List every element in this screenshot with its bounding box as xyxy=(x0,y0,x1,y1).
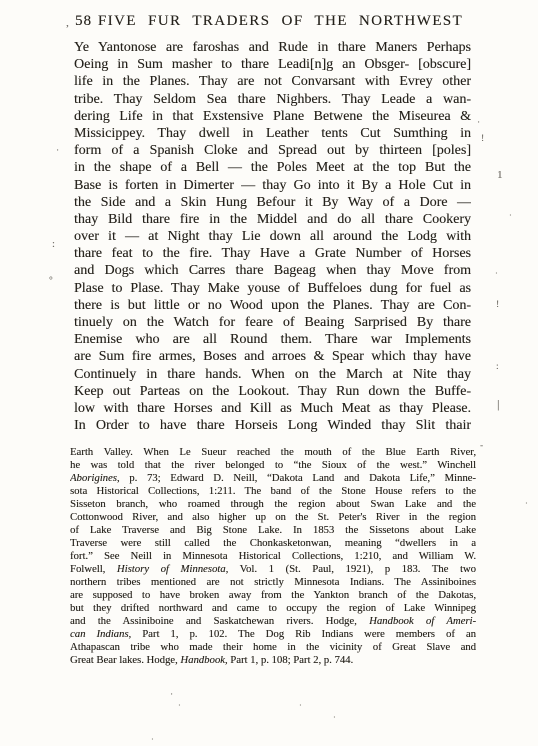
text-segment: Part 1, p. 108; Part 2, p. 744. xyxy=(228,654,354,666)
body-text-line: life in the Planes. Thay are not Convars… xyxy=(74,73,471,90)
scan-artifact: · xyxy=(151,736,154,744)
text-segment: Great Bear lakes. Hodge, xyxy=(70,654,180,666)
scan-artifact: , xyxy=(66,18,69,29)
body-text-line: Ye Yantonose are faroshas and Rude in th… xyxy=(74,39,471,56)
footnote-line: are supposed to have broken away from th… xyxy=(70,589,476,602)
footnote-line: fort.” See Neill in Minnesota Historical… xyxy=(70,550,476,563)
footnote-block: Earth Valley. When Le Sueur reached the … xyxy=(70,446,476,667)
scan-artifact: - xyxy=(480,441,483,450)
text-segment: sota Historical Collections, 1:211. The … xyxy=(70,485,476,497)
body-text-line: Missicippey. Thay dwell in Leather tents… xyxy=(74,125,471,142)
page-number: 58 xyxy=(75,13,92,30)
body-text-line: form of a Spanish Cloke and Spread out b… xyxy=(74,142,471,159)
text-segment: and the Assiniboine and Saskatchewan riv… xyxy=(70,615,369,627)
footnote-line: Athapascan tribe who made their home in … xyxy=(70,641,476,654)
text-segment: he was told that the river belonged to “… xyxy=(70,459,476,471)
text-segment: Traverse were still called the Chonkaske… xyxy=(70,537,476,549)
footnote-line: northern tribes mentioned are not strict… xyxy=(70,576,476,589)
italic-citation: Aborigines xyxy=(70,472,117,484)
text-segment: Athapascan tribe who made their home in … xyxy=(70,641,476,653)
body-text-line: are Sum fire armes, Boses and arroes & S… xyxy=(74,348,471,365)
scan-artifact: · xyxy=(525,500,528,508)
body-text-line: the Side and a Skin Hung Befour it By Wa… xyxy=(74,194,471,211)
footnote-line: Traverse were still called the Chonkaske… xyxy=(70,537,476,550)
running-title: FIVE FUR TRADERS OF THE NORTHWEST xyxy=(74,13,471,30)
body-text-line: and Dogs which Carres thare Bageag when … xyxy=(74,262,471,279)
scan-artifact: : xyxy=(496,362,499,371)
text-segment: but they drifted northward and came to o… xyxy=(70,602,476,614)
body-text-line: there is but little or no Wood upon the … xyxy=(74,297,471,314)
scan-artifact: · xyxy=(299,702,302,710)
body-text-line: Plase to Plase. Thay Make youse of Buffe… xyxy=(74,280,471,297)
footnote-line: of Lake Traverse and Big Stone Lake. In … xyxy=(70,524,476,537)
scan-artifact: · xyxy=(56,146,59,155)
body-text-line: Keep out Parteas on the Lookout. Thay Ru… xyxy=(74,383,471,400)
body-text-line: tribe. Thay Seldom Sea thare Nighbers. T… xyxy=(74,91,471,108)
text-segment: northern tribes mentioned are not strict… xyxy=(70,576,476,588)
text-segment: Cottonwood River, and also higher up on … xyxy=(70,511,476,523)
text-segment: Folwell, xyxy=(70,563,117,575)
text-segment: Part 1, p. 102. The Dog Rib Indians were… xyxy=(131,628,476,640)
footnote-line: Aborigines, p. 73; Edward D. Neill, “Dak… xyxy=(70,472,476,485)
text-segment: fort.” See Neill in Minnesota Historical… xyxy=(70,550,476,562)
scan-artifact: ° xyxy=(49,276,53,285)
text-segment: Sisseton branch, who roamed through the … xyxy=(70,498,476,510)
footnote-line: Great Bear lakes. Hodge, Handbook, Part … xyxy=(70,654,476,667)
text-segment: , p. 73; Edward D. Neill, “Dakota Land a… xyxy=(117,472,476,484)
scan-artifact: 1 xyxy=(497,170,503,181)
footnote-line: but they drifted northward and came to o… xyxy=(70,602,476,615)
body-text-block: Ye Yantonose are faroshas and Rude in th… xyxy=(74,39,471,434)
page-header: 58 FIVE FUR TRADERS OF THE NORTHWEST xyxy=(74,13,471,33)
scan-artifact: · xyxy=(333,714,336,722)
body-text-line: dering Life in that Exstensive Plane Bet… xyxy=(74,108,471,125)
italic-citation: Handbook, xyxy=(180,654,227,666)
body-text-line: Base is forten in Dimerter — thay Go int… xyxy=(74,177,471,194)
text-segment: Vol. 1 (St. Paul, 1921), p 183. The two xyxy=(228,563,476,575)
scan-artifact: ! xyxy=(481,134,484,143)
body-text-line: thay Bild thare fire in the Middel and d… xyxy=(74,211,471,228)
scan-artifact: : xyxy=(52,240,55,250)
text-segment: are supposed to have broken away from th… xyxy=(70,589,476,601)
scan-artifact: · xyxy=(178,702,181,710)
body-text-line: Enemise who are all Round them. Thare wa… xyxy=(74,331,471,348)
footnote-line: and the Assiniboine and Saskatchewan riv… xyxy=(70,615,476,628)
footnote-line: Folwell, History of Minnesota, Vol. 1 (S… xyxy=(70,563,476,576)
scan-artifact: · xyxy=(170,690,173,699)
text-segment: of Lake Traverse and Big Stone Lake. In … xyxy=(70,524,476,536)
body-text-line: tinuely on the Watch for feare of Beaing… xyxy=(74,314,471,331)
footnote-line: sota Historical Collections, 1:211. The … xyxy=(70,485,476,498)
scan-artifact: · xyxy=(495,270,498,278)
book-page: 58 FIVE FUR TRADERS OF THE NORTHWEST Ye … xyxy=(0,0,538,746)
scan-artifact: | xyxy=(497,398,499,410)
scan-artifact: · xyxy=(477,118,480,127)
text-segment: Earth Valley. When Le Sueur reached the … xyxy=(70,446,476,458)
body-text-line: Oeing in Sum masher to thare Leadi[n]g a… xyxy=(74,56,471,73)
italic-citation: History of Minnesota, xyxy=(117,563,228,575)
body-text-line: low with thare Horses and Kill as Much M… xyxy=(74,400,471,417)
footnote-line: Sisseton branch, who roamed through the … xyxy=(70,498,476,511)
scan-artifact: ! xyxy=(496,300,499,309)
footnote-line: he was told that the river belonged to “… xyxy=(70,459,476,472)
body-text-line: over it — at Night thay Lie down all aro… xyxy=(74,228,471,245)
scan-artifact: · xyxy=(509,212,512,220)
footnote-line: Earth Valley. When Le Sueur reached the … xyxy=(70,446,476,459)
italic-citation: Handbook of Ameri- xyxy=(369,615,476,627)
italic-citation: can Indians, xyxy=(70,628,131,640)
body-text-line: In Order to have thare Horseis Long Wind… xyxy=(74,417,471,434)
body-text-line: thare feat to the fire. Thay Have a Grat… xyxy=(74,245,471,262)
footnote-line: Cottonwood River, and also higher up on … xyxy=(70,511,476,524)
body-text-line: Continuely in thare hands. When on the M… xyxy=(74,366,471,383)
body-text-line: in the shape of a Bell — the Poles Meet … xyxy=(74,159,471,176)
footnote-line: can Indians, Part 1, p. 102. The Dog Rib… xyxy=(70,628,476,641)
